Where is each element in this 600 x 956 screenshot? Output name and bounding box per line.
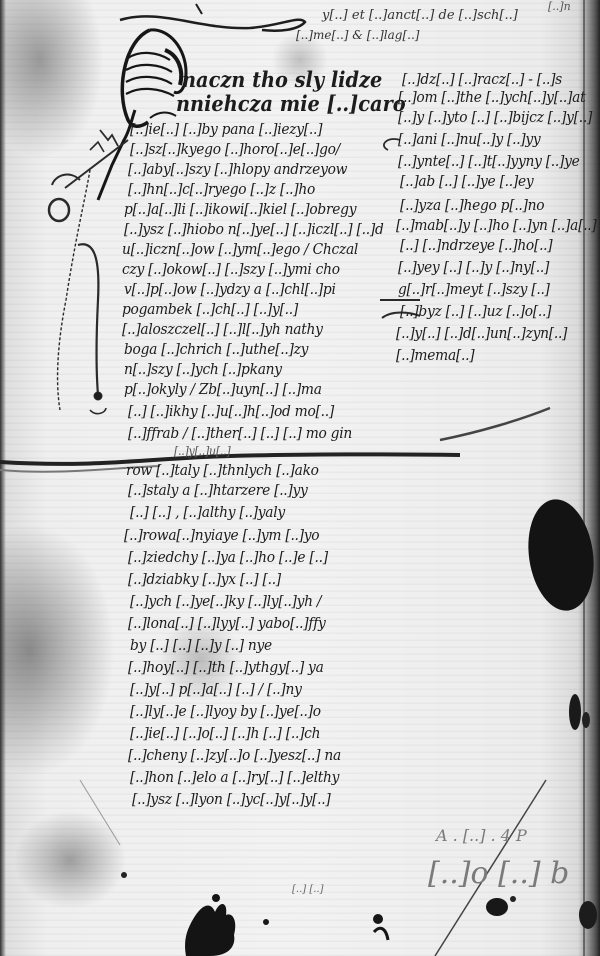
text-line: [..]y[..] [..]d[..]un[..]zyn[..]	[396, 326, 567, 341]
text-line: [..]yza [..]hego p[..]no	[400, 198, 544, 213]
text-line: [..]lona[..] [..]lyy[..] yabo[..]ffy	[128, 616, 326, 631]
text-line: [..]ysz [..]hiobo n[..]ye[..] [..]iczl[.…	[124, 222, 384, 237]
text-line: [..]staly a [..]htarzere [..]yy	[128, 483, 308, 498]
text-line: [..]ffrab / [..]ther[..] [..] [..] mo gi…	[128, 426, 352, 441]
text-line: p[..]okyly / Zb[..]uyn[..] [..]ma	[124, 382, 322, 397]
text-line: u[..]iczn[..]ow [..]ym[..]ego / Chczal	[122, 242, 358, 257]
text-line: p[..]a[..]li [..]ikowi[..]kiel [..]obreg…	[124, 202, 356, 217]
text-line: [..]y[..] p[..]a[..] [..] / [..]ny	[130, 682, 302, 697]
text-line: czy [..]okow[..] [..]szy [..]ymi cho	[122, 262, 340, 277]
text-line: [..] [..]ndrzeye [..]ho[..]	[400, 238, 552, 253]
top-margin-note-line2: [..]me[..] & [..]lag[..]	[296, 28, 419, 42]
text-line: [..]hon [..]elo a [..]ry[..] [..]elthy	[130, 770, 339, 785]
text-line: [..]om [..]the [..]ych[..]y[..]at	[398, 90, 585, 105]
text-line: boga [..]chrich [..]uthe[..]zy	[124, 342, 308, 357]
pencil-note-bottom: [..]o [..] b	[428, 856, 569, 891]
text-line: [..]mema[..]	[396, 348, 474, 363]
text-line: [..]hn[..]c[..]ryego [..]z [..]ho	[128, 182, 315, 197]
text-line: [..]ab [..] [..]ye [..]ey	[400, 174, 533, 189]
heading-line-2: nniehcza mie [..]caro	[176, 96, 406, 111]
top-margin-note-line1: y[..] et [..]anct[..] de [..]sch[..]	[322, 8, 518, 23]
text-line: [..]hoy[..] [..]th [..]ythgy[..] ya	[128, 660, 324, 675]
text-line: [..]dz[..] [..]racz[..] - [..]s	[402, 72, 562, 87]
ink-blot-small	[582, 712, 590, 728]
text-line: [..]y[..]u[..]	[174, 444, 230, 459]
text-line: [..]cheny [..]zy[..]o [..]yesz[..] na	[128, 748, 341, 763]
text-line: g[..]r[..]meyt [..]szy [..]	[398, 282, 550, 297]
text-line: [..]ie[..] [..]o[..] [..]h [..] [..]ch	[130, 726, 320, 741]
pencil-note-top: A . [..] . 4 P	[436, 826, 527, 845]
ink-blot-large	[522, 495, 600, 615]
text-line: [..]ysz [..]lyon [..]yc[..]y[..]y[..]	[132, 792, 330, 807]
text-line: [..]ani [..]nu[..]y [..]yy	[398, 132, 540, 147]
initial-flourish-top	[120, 16, 305, 30]
text-line: [..]mab[..]y [..]ho [..]yn [..]a[..]	[396, 218, 597, 233]
text-line: pogambek [..]ch[..] [..]y[..]	[122, 302, 298, 317]
margin-flourish-icon	[49, 130, 128, 414]
text-line: [..]aby[..]szy [..]hlopy andrzeyow	[128, 162, 347, 177]
text-line: [..]ziedchy [..]ya [..]ho [..]e [..]	[128, 550, 328, 565]
ink-blot-small	[579, 901, 597, 929]
ink-blot-bottom	[185, 904, 235, 956]
text-line: [..]rowa[..]nyiaye [..]ym [..]yo	[124, 528, 319, 543]
text-line: [..]sz[..]kyego [..]horo[..]e[..]go/	[130, 142, 340, 157]
ink-blot-small	[569, 694, 581, 730]
text-line: [..]aloszczel[..] [..]l[..]yh nathy	[122, 322, 323, 337]
text-line: [..]dziabky [..]yx [..] [..]	[128, 572, 281, 587]
manuscript-page: y[..] et [..]anct[..] de [..]sch[..] [..…	[0, 0, 600, 956]
text-line: [..] [..] , [..]althy [..]yaly	[130, 505, 285, 520]
heading-line-1: naczn tho sly lidze	[182, 72, 382, 87]
text-line: [..]ly[..]e [..]lyoy by [..]ye[..]o	[130, 704, 321, 719]
text-line: n[..]szy [..]ych [..]pkany	[124, 362, 282, 377]
text-line: [..]ych [..]ye[..]ky [..]ly[..]yh /	[130, 594, 321, 609]
text-line: v[..]p[..]ow [..]ydzy a [..]chl[..]pi	[124, 282, 336, 297]
text-line: [..] [..]ikhy [..]u[..]h[..]od mo[..]	[128, 404, 334, 419]
text-line: [..]yey [..] [..]y [..]ny[..]	[398, 260, 549, 275]
text-line: row [..]taly [..]thnlych [..]ako	[126, 463, 319, 478]
text-line: by [..] [..] [..]y [..] nye	[130, 638, 272, 653]
text-line: [..]ie[..] [..]by pana [..]iezy[..]	[130, 122, 322, 137]
text-line: [..]byz [..] [..]uz [..]o[..]	[400, 304, 551, 319]
bottom-margin-mark: [..] [..]	[292, 884, 324, 895]
text-line: [..]ynte[..] [..]t[..]yyny [..]ye	[398, 154, 580, 169]
text-line: [..]y [..]yto [..] [..]bijcz [..]y[..]	[398, 110, 592, 125]
top-corner-note: [..]n	[548, 0, 571, 13]
